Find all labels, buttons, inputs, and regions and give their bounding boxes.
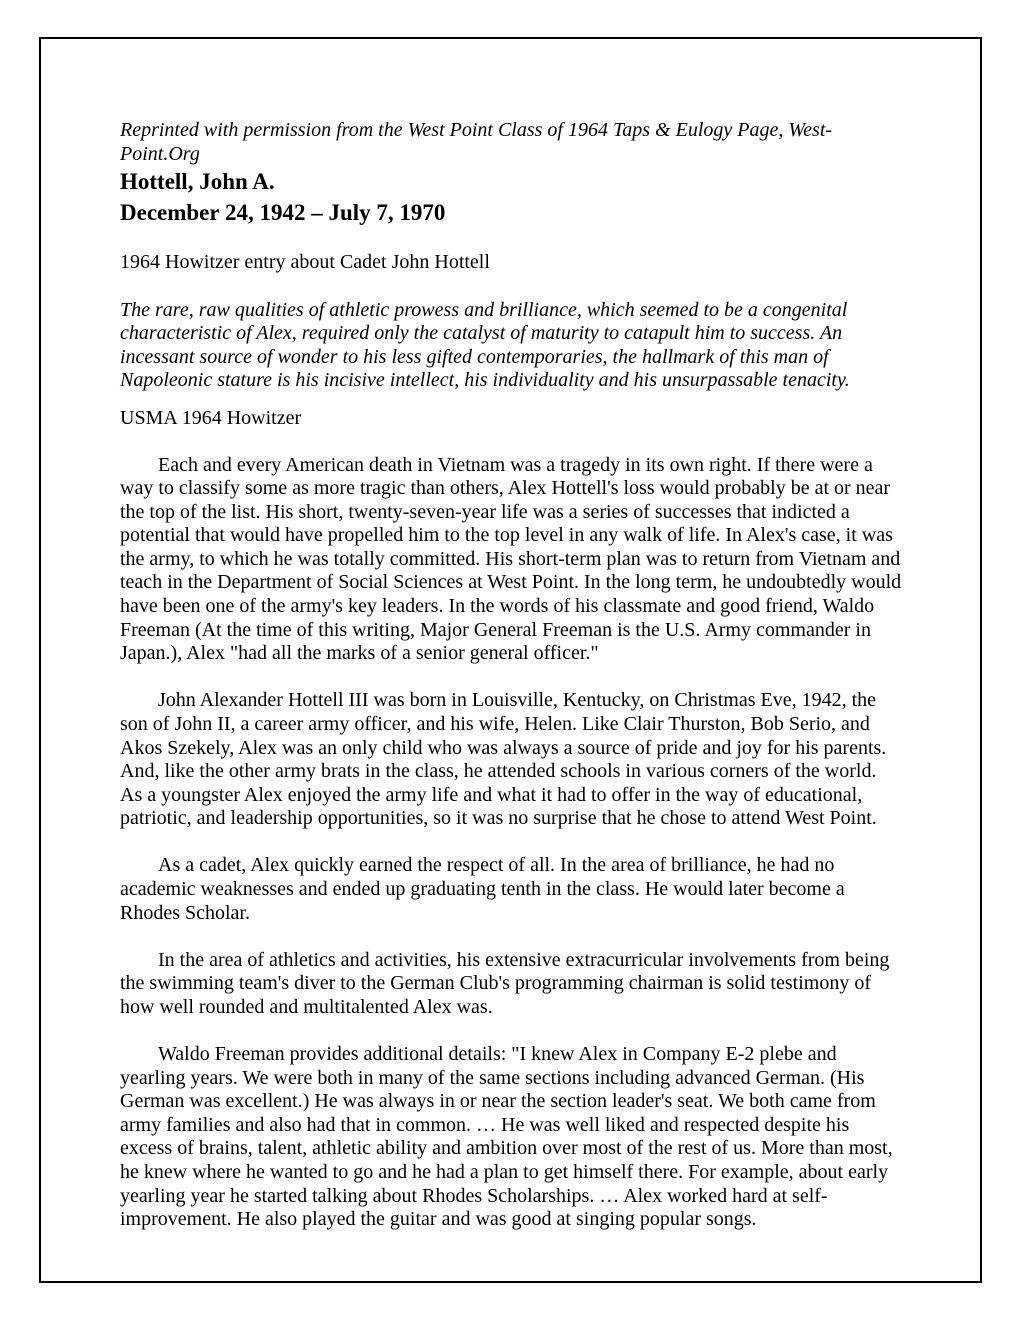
body-paragraph: Each and every American death in Vietnam… [120,454,902,666]
subtitle: 1964 Howitzer entry about Cadet John Hot… [120,251,902,275]
title-dates: December 24, 1942 – July 7, 1970 [120,197,902,228]
body-paragraph: Waldo Freeman provides additional detail… [120,1043,902,1232]
body-paragraph: John Alexander Hottell III was born in L… [120,689,902,831]
body-paragraph: In the area of athletics and activities,… [120,949,902,1020]
title-name: Hottell, John A. [120,166,902,197]
attribution-line: Reprinted with permission from the West … [120,119,902,166]
page-title: Hottell, John A. December 24, 1942 – Jul… [120,166,902,228]
quote-source: USMA 1964 Howitzer [120,407,902,431]
body-paragraph: As a cadet, Alex quickly earned the resp… [120,854,902,925]
document-page: Reprinted with permission from the West … [39,37,982,1283]
howitzer-quote: The rare, raw qualities of athletic prow… [120,299,902,393]
document-content: Reprinted with permission from the West … [41,39,980,1232]
